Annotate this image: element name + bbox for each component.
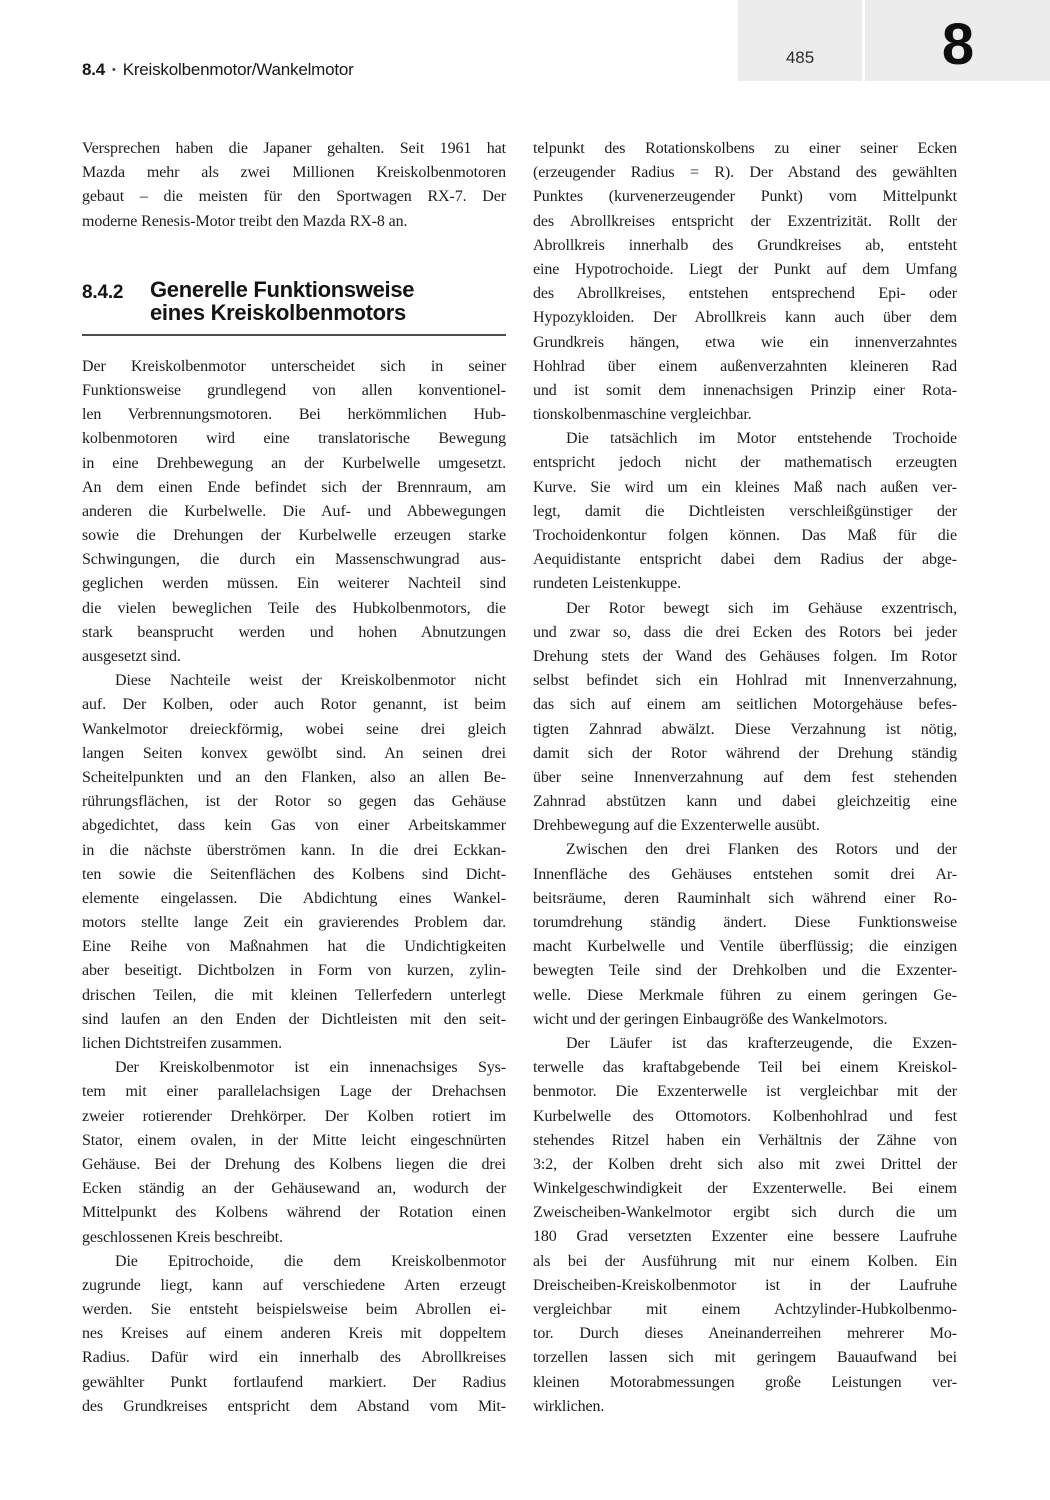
text-line: Zahnrad abstützen kann und dabei gleichz… [533, 790, 957, 814]
text-line: Ecken ständig an der Gehäusewand an, wod… [82, 1177, 506, 1201]
text-line: nes Kreises auf einem anderen Kreis mit … [82, 1322, 506, 1346]
text-line: zugrunde liegt, kann auf verschiedene Ar… [82, 1274, 506, 1298]
text-line: terwelle das kraftabgebende Teil bei ein… [533, 1056, 957, 1080]
text-line: in eine Drehbewegung an der Kurbelwelle … [82, 452, 506, 476]
text-line: Aequidistante entspricht dabei dem Radiu… [533, 548, 957, 572]
paragraph: telpunkt des Rotationskolbens zu einer s… [533, 137, 957, 427]
section-heading-title: Generelle Funktionsweiseeines Kreiskolbe… [150, 278, 414, 324]
text-line: Mazda mehr als zwei Millionen Kreiskolbe… [82, 161, 506, 185]
text-line: Der Rotor bewegt sich im Gehäuse exzentr… [533, 597, 957, 621]
section-heading: 8.4.2Generelle Funktionsweiseeines Kreis… [82, 278, 506, 324]
text-line: lichen Dichtstreifen zusammen. [82, 1032, 506, 1056]
text-line: wicht und der geringen Einbaugröße des W… [533, 1008, 957, 1032]
text-line: welle. Diese Merkmale führen zu einem ge… [533, 984, 957, 1008]
text-line: An dem einen Ende befindet sich der Bren… [82, 476, 506, 500]
text-line: Dreischeiben-Kreiskolbenmotor ist in der… [533, 1274, 957, 1298]
text-line: stehendes Ritzel haben ein Verhältnis de… [533, 1129, 957, 1153]
text-line: sowie die Drehungen der Kurbelwelle erze… [82, 524, 506, 548]
text-line: kleinen Motorabmessungen große Leistunge… [533, 1371, 957, 1395]
text-line: entspricht jedoch nicht der mathematisch… [533, 451, 957, 475]
text-line: Der Kreiskolbenmotor ist ein innenachsig… [82, 1056, 506, 1080]
text-line: und zwar so, dass die drei Ecken des Rot… [533, 621, 957, 645]
text-line: die vielen beweglichen Teile des Hubkolb… [82, 597, 506, 621]
text-line: sind laufen an den Enden der Dichtleiste… [82, 1008, 506, 1032]
text-line: zweier rotierender Drehkörper. Der Kolbe… [82, 1105, 506, 1129]
section-heading-number: 8.4.2 [82, 278, 150, 324]
text-line: legt, damit die Dichtleisten verschleißg… [533, 500, 957, 524]
text-line: Drehbewegung auf die Exzenterwelle ausüb… [533, 814, 957, 838]
text-line: vergleichbar mit einem Achtzylinder-Hubk… [533, 1298, 957, 1322]
text-line: motors stellte lange Zeit ein gravierend… [82, 911, 506, 935]
text-line: tor. Durch dieses Aneinanderreihen mehre… [533, 1322, 957, 1346]
text-line: und ist somit dem innenachsigen Prinzip … [533, 379, 957, 403]
text-line: beitsräume, deren Rauminhalt sich währen… [533, 887, 957, 911]
text-line: Funktionsweise grundlegend von allen kon… [82, 379, 506, 403]
text-line: benmotor. Die Exzenterwelle ist vergleic… [533, 1080, 957, 1104]
text-line: Hohlrad über einem außenverzahnten klein… [533, 355, 957, 379]
paragraph: Versprechen haben die Japaner gehalten. … [82, 137, 506, 234]
paragraph: Zwischen den drei Flanken des Rotors und… [533, 838, 957, 1032]
text-line: über seine Innenverzahnung auf dem fest … [533, 766, 957, 790]
text-line: Versprechen haben die Japaner gehalten. … [82, 137, 506, 161]
paragraph: Diese Nachteile weist der Kreiskolbenmot… [82, 669, 506, 1056]
text-line: geschlossenen Kreis beschreibt. [82, 1226, 506, 1250]
text-line: Innenfläche des Gehäuses entstehen somit… [533, 863, 957, 887]
text-line: abgedichtet, dass kein Gas von einer Arb… [82, 814, 506, 838]
heading-rule [82, 334, 506, 336]
text-line: Die Epitrochoide, die dem Kreiskolbenmot… [82, 1250, 506, 1274]
text-line: des Grundkreises entspricht dem Abstand … [82, 1395, 506, 1419]
text-line: Kurve. Sie wird um ein kleines Maß nach … [533, 476, 957, 500]
text-line: des Abrollkreises entspricht der Exzentr… [533, 210, 957, 234]
text-line: ten sowie die Seitenflächen des Kolbens … [82, 863, 506, 887]
text-line: Eine Reihe von Maßnahmen hat die Undicht… [82, 935, 506, 959]
text-line: Hypozykloiden. Der Abrollkreis kann auch… [533, 306, 957, 330]
text-line: Winkelgeschwindigkeit der Exzenterwelle.… [533, 1177, 957, 1201]
text-line: Diese Nachteile weist der Kreiskolbenmot… [82, 669, 506, 693]
text-line: geglichen werden müssen. Ein weiterer Na… [82, 572, 506, 596]
text-line: Stator, einem ovalen, in der Mitte leich… [82, 1129, 506, 1153]
paragraph: Die Epitrochoide, die dem Kreiskolbenmot… [82, 1250, 506, 1419]
text-line: tem mit einer parallelachsigen Lage der … [82, 1080, 506, 1104]
text-line: (erzeugender Radius = R). Der Abstand de… [533, 161, 957, 185]
text-line: Zweischeiben-Wankelmotor ergibt sich dur… [533, 1201, 957, 1225]
page-number: 485 [786, 48, 814, 68]
text-line: eine Hypotrochoide. Liegt der Punkt auf … [533, 258, 957, 282]
text-line: rundeten Leistenkuppe. [533, 572, 957, 596]
text-line: len Verbrennungsmotoren. Bei herkömmlich… [82, 403, 506, 427]
text-line: Zwischen den drei Flanken des Rotors und… [533, 838, 957, 862]
text-line: macht Kurbelwelle und Ventile überflüssi… [533, 935, 957, 959]
text-line: tionskolbenmaschine vergleichbar. [533, 403, 957, 427]
text-line: als bei der Ausführung mit nur einem Kol… [533, 1250, 957, 1274]
text-line: Drehung stets der Wand des Gehäuses folg… [533, 645, 957, 669]
text-line: wirklichen. [533, 1395, 957, 1419]
text-line: Wankelmotor dreieckförmig, wobei seine d… [82, 718, 506, 742]
text-line: Schwingungen, die durch ein Massenschwun… [82, 548, 506, 572]
page-number-box: 485 [738, 0, 862, 81]
text-line: das sich auf einem am seitlichen Motorge… [533, 693, 957, 717]
text-line: Abrollkreis innerhalb des Grundkreises a… [533, 234, 957, 258]
text-line: Der Kreiskolbenmotor unterscheidet sich … [82, 355, 506, 379]
text-line: Trochoidenkontur folgen können. Das Maß … [533, 524, 957, 548]
text-line: moderne Renesis-Motor treibt den Mazda R… [82, 210, 506, 234]
text-line: Radius. Dafür wird ein innerhalb des Abr… [82, 1346, 506, 1370]
chapter-number-box: 8 [865, 0, 1050, 81]
running-head-title: Kreiskolbenmotor/Wankelmotor [123, 60, 354, 80]
chapter-number: 8 [942, 11, 973, 78]
book-page: 485 8 8.4 • Kreiskolbenmotor/Wankelmotor… [0, 0, 1050, 1500]
right-column: telpunkt des Rotationskolbens zu einer s… [533, 137, 957, 1419]
text-line: gebaut – die meisten für den Sportwagen … [82, 185, 506, 209]
text-line: Punktes (kurvenerzeugender Punkt) vom Mi… [533, 185, 957, 209]
text-line: Kurbelwelle des Ottomotors. Kolbenhohlra… [533, 1105, 957, 1129]
paragraph: Der Kreiskolbenmotor unterscheidet sich … [82, 355, 506, 669]
left-column: Versprechen haben die Japaner gehalten. … [82, 137, 506, 1419]
text-line: werden. Sie entsteht beispielsweise beim… [82, 1298, 506, 1322]
section-heading-title-line: eines Kreiskolbenmotors [150, 301, 414, 324]
text-line: Mittelpunkt des Kolbens während der Rota… [82, 1201, 506, 1225]
running-head: 8.4 • Kreiskolbenmotor/Wankelmotor [82, 60, 354, 80]
text-line: bewegten Teile sind der Drehkolben und d… [533, 959, 957, 983]
text-line: anderen die Kurbelwelle. Die Auf- und Ab… [82, 500, 506, 524]
paragraph: Der Kreiskolbenmotor ist ein innenachsig… [82, 1056, 506, 1250]
text-line: ausgesetzt sind. [82, 645, 506, 669]
text-line: selbst befindet sich ein Hohlrad mit Inn… [533, 669, 957, 693]
text-line: torumdrehung ständig ändert. Diese Funkt… [533, 911, 957, 935]
section-heading-title-line: Generelle Funktionsweise [150, 278, 414, 301]
text-line: Scheitelpunkten und an den Flanken, also… [82, 766, 506, 790]
text-line: Gehäuse. Bei der Drehung des Kolbens lie… [82, 1153, 506, 1177]
text-line: 3:2, der Kolben dreht sich also mit zwei… [533, 1153, 957, 1177]
text-line: langen Seiten konvex gewölbt sind. An se… [82, 742, 506, 766]
text-line: torzellen lassen sich mit geringem Bauau… [533, 1346, 957, 1370]
text-line: aber beseitigt. Dichtbolzen in Form von … [82, 959, 506, 983]
text-line: kolbenmotoren wird eine translatorische … [82, 427, 506, 451]
text-line: 180 Grad versetzten Exzenter eine besser… [533, 1225, 957, 1249]
text-line: tigten Zahnrad abwälzt. Diese Verzahnung… [533, 718, 957, 742]
running-head-section-number: 8.4 [82, 60, 105, 80]
paragraph: Die tatsächlich im Motor entstehende Tro… [533, 427, 957, 596]
text-line: auf. Der Kolben, oder auch Rotor genannt… [82, 693, 506, 717]
text-line: gewählter Punkt fortlaufend markiert. De… [82, 1371, 506, 1395]
text-line: stark beansprucht werden und hohen Abnut… [82, 621, 506, 645]
bullet-separator-icon: • [105, 64, 123, 76]
paragraph: Der Rotor bewegt sich im Gehäuse exzentr… [533, 597, 957, 839]
text-line: damit sich der Rotor während der Drehung… [533, 742, 957, 766]
paragraph: Der Läufer ist das krafterzeugende, die … [533, 1032, 957, 1419]
text-line: telpunkt des Rotationskolbens zu einer s… [533, 137, 957, 161]
text-line: Der Läufer ist das krafterzeugende, die … [533, 1032, 957, 1056]
text-line: rührungsflächen, ist der Rotor so gegen … [82, 790, 506, 814]
text-line: in die nächste überströmen kann. In die … [82, 839, 506, 863]
text-line: Grundkreis hängen, etwa wie ein innenver… [533, 331, 957, 355]
text-line: drischen Teilen, die mit kleinen Tellerf… [82, 984, 506, 1008]
text-line: elemente eingelassen. Die Abdichtung ein… [82, 887, 506, 911]
text-line: des Abrollkreises, entstehen entsprechen… [533, 282, 957, 306]
text-line: Die tatsächlich im Motor entstehende Tro… [533, 427, 957, 451]
